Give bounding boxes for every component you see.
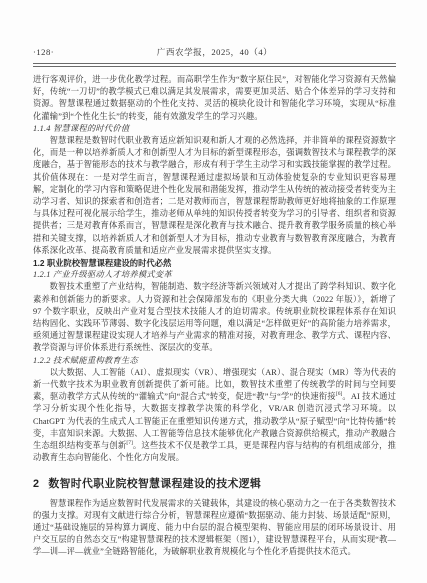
paragraph-technology-empowerment: 以大数据、人工智能（AI）、虚拟现实（VR）、增强现实（AR）、混合现实（MR）… bbox=[33, 367, 396, 465]
heading-1-2-1: 1.2.1 产业升级驱动人才培养模式变革 bbox=[33, 269, 396, 281]
paragraph-evaluation-continuation: 进行客观评价，进一步优化教学过程。而高职学生作为“数字原住民”，对智能化学习资源… bbox=[33, 74, 396, 123]
journal-issue-line: 广西农学报，2025，40（4） bbox=[157, 46, 272, 58]
heading-1-2: 1.2 职业院校智慧课程建设的时代必然 bbox=[33, 257, 396, 269]
page-header: ·128· 广西农学报，2025，40（4） bbox=[33, 46, 396, 60]
paragraph-smart-course-value: 智慧课程是数智时代职业教育适应新知识观和新人才观的必然选择，并非简单的课程资源数… bbox=[33, 135, 396, 257]
header-divider bbox=[33, 63, 396, 67]
heading-1-1-4: 1.1.4 智慧课程的时代价值 bbox=[33, 123, 396, 135]
paragraph-technical-logic: 智慧课程作为适应数智时代发展需求的关键载体，其建设的核心驱动力之一在于各类数智技… bbox=[33, 498, 396, 559]
section-2-title: 数智时代职业院校智慧课程建设的技术逻辑 bbox=[48, 478, 261, 490]
paragraph-industry-upgrade: 数智技术重塑了产业结构，智能制造、数字经济等新兴领域对人才提出了跨学科知识、数字… bbox=[33, 281, 396, 354]
journal-page: ·128· 广西农学报，2025，40（4） 进行客观评价，进一步优化教学过程。… bbox=[0, 0, 427, 583]
heading-section-2: 2数智时代职业院校智慧课程建设的技术逻辑 bbox=[33, 478, 396, 491]
article-body: 进行客观评价，进一步优化教学过程。而高职学生作为“数字原住民”，对智能化学习资源… bbox=[33, 74, 396, 559]
heading-1-2-2: 1.2.2 技术赋能重构教育生态 bbox=[33, 355, 396, 367]
page-number: ·128· bbox=[33, 46, 54, 58]
section-2-number: 2 bbox=[33, 478, 39, 490]
